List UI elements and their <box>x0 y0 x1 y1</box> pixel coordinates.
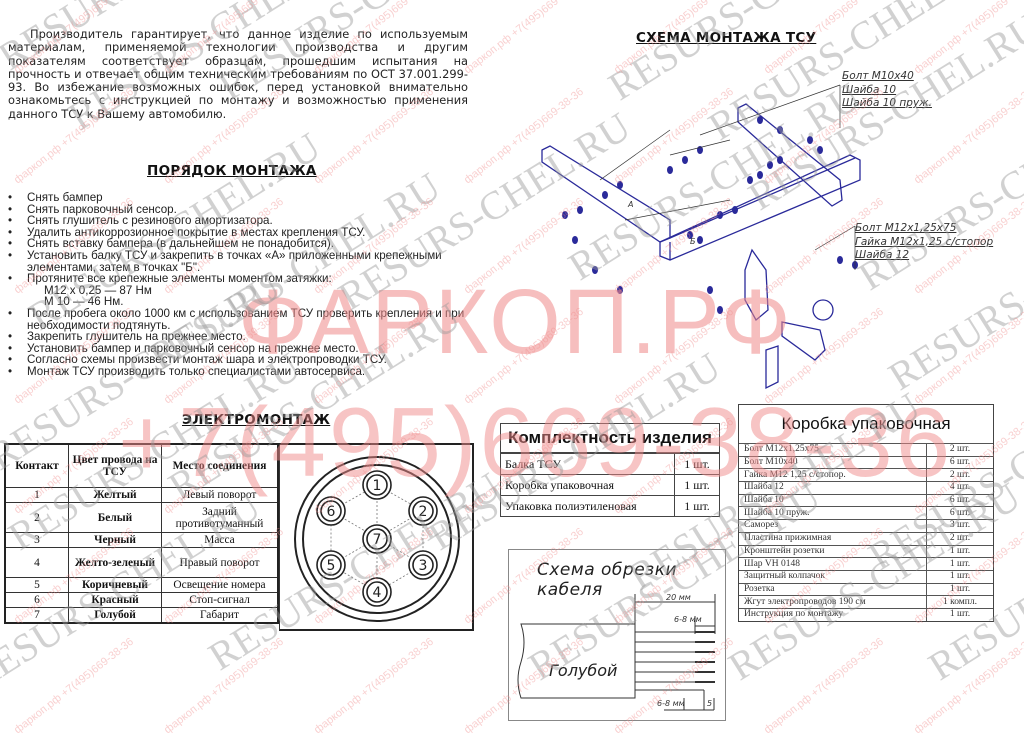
small-watermark: фаркоп.рф +7(495)669-38-36 <box>162 526 286 627</box>
small-watermark: фаркоп.рф +7(495)669-38-36 <box>612 0 736 76</box>
site-watermark: RESURS-CHEL.RU <box>160 293 469 510</box>
small-watermark: фаркоп.рф +7(495)669-38-36 <box>12 306 136 407</box>
small-watermark: фаркоп.рф +7(495)669-38-36 <box>312 416 436 517</box>
small-watermark: фаркоп.рф +7(495)669-38-36 <box>162 416 286 517</box>
small-watermark: фаркоп.рф +7(495)669-38-36 <box>462 0 586 76</box>
small-watermark: фаркоп.рф +7(495)669-38-36 <box>12 636 136 737</box>
small-watermark: фаркоп.рф +7(495)669-38-36 <box>912 0 1024 76</box>
site-watermark: RESURS-CHEL.RU <box>0 483 269 700</box>
small-watermark: фаркоп.рф +7(495)669-38-36 <box>12 416 136 517</box>
site-watermark: RESURS-CHEL.RU <box>560 73 869 290</box>
small-watermark: фаркоп.рф +7(495)669-38-36 <box>162 0 286 76</box>
small-watermark: фаркоп.рф +7(495)669-38-36 <box>762 306 886 407</box>
small-watermark: фаркоп.рф +7(495)669-38-36 <box>462 196 586 297</box>
small-watermark: фаркоп.рф +7(495)669-38-36 <box>312 196 436 297</box>
small-watermark: фаркоп.рф +7(495)669-38-36 <box>762 636 886 737</box>
small-watermark: фаркоп.рф +7(495)669-38-36 <box>612 196 736 297</box>
site-watermark: RESURS-CHEL.RU <box>0 343 309 560</box>
small-watermark: фаркоп.рф +7(495)669-38-36 <box>912 526 1024 627</box>
small-watermark: фаркоп.рф +7(495)669-38-36 <box>462 416 586 517</box>
small-watermark: фаркоп.рф +7(495)669-38-36 <box>312 636 436 737</box>
site-watermark: RESURS-CHEL.RU <box>860 363 1024 580</box>
small-watermark: фаркоп.рф +7(495)669-38-36 <box>762 0 886 76</box>
site-watermark: RESURS-CHEL.RU <box>700 0 1009 150</box>
site-watermark: RESURS-CHEL.RU <box>210 0 519 110</box>
small-watermark: фаркоп.рф +7(495)669-38-36 <box>12 196 136 297</box>
site-watermark: RESURS-CHEL.RU <box>140 163 449 380</box>
brand-watermark: ФАРКОП.РФ <box>238 270 793 375</box>
small-watermark: фаркоп.рф +7(495)669-38-36 <box>462 636 586 737</box>
site-watermark: RESURS-CHEL.RU <box>420 343 729 560</box>
watermark-layer: ФАРКОП.РФ +7(495)669-38-36 RESURS-CHEL.R… <box>0 0 1024 750</box>
small-watermark: фаркоп.рф +7(495)669-38-36 <box>12 526 136 627</box>
small-watermark: фаркоп.рф +7(495)669-38-36 <box>612 526 736 627</box>
small-watermark: фаркоп.рф +7(495)669-38-36 <box>312 0 436 76</box>
site-watermark: RESURS-CHEL.RU <box>20 123 329 340</box>
site-watermark: RESURS-CHEL.RU <box>60 0 369 140</box>
small-watermark: фаркоп.рф +7(495)669-38-36 <box>312 86 436 187</box>
small-watermark: фаркоп.рф +7(495)669-38-36 <box>162 636 286 737</box>
small-watermark: фаркоп.рф +7(495)669-38-36 <box>312 306 436 407</box>
site-watermark: RESURS-CHEL.RU <box>200 463 509 680</box>
small-watermark: фаркоп.рф +7(495)669-38-36 <box>912 416 1024 517</box>
small-watermark: фаркоп.рф +7(495)669-38-36 <box>912 306 1024 407</box>
site-watermark: RESURS-CHEL.RU <box>0 0 299 80</box>
small-watermark: фаркоп.рф +7(495)669-38-36 <box>162 306 286 407</box>
site-watermark: RESURS-CHEL.RU <box>0 263 289 480</box>
site-watermark: RESURS-CHEL.RU <box>720 473 1024 690</box>
small-watermark: фаркоп.рф +7(495)669-38-36 <box>912 86 1024 187</box>
site-watermark: RESURS-CHEL.RU <box>740 3 1024 220</box>
small-watermark: фаркоп.рф +7(495)669-38-36 <box>762 86 886 187</box>
small-watermark: фаркоп.рф +7(495)669-38-36 <box>612 86 736 187</box>
small-watermark: фаркоп.рф +7(495)669-38-36 <box>762 416 886 517</box>
small-watermark: фаркоп.рф +7(495)669-38-36 <box>912 196 1024 297</box>
small-watermark: фаркоп.рф +7(495)669-38-36 <box>762 196 886 297</box>
site-watermark: RESURS-CHEL.RU <box>880 183 1024 400</box>
small-watermark: фаркоп.рф +7(495)669-38-36 <box>12 0 136 76</box>
small-watermark: фаркоп.рф +7(495)669-38-36 <box>612 636 736 737</box>
phone-watermark: +7(495)669-38-36 <box>118 386 953 499</box>
small-watermark: фаркоп.рф +7(495)669-38-36 <box>462 86 586 187</box>
small-watermark: фаркоп.рф +7(495)669-38-36 <box>162 196 286 297</box>
small-watermark: фаркоп.рф +7(495)669-38-36 <box>162 86 286 187</box>
site-watermark: RESURS-CHEL.RU <box>850 83 1024 300</box>
small-watermark: фаркоп.рф +7(495)669-38-36 <box>912 636 1024 737</box>
small-watermark: фаркоп.рф +7(495)669-38-36 <box>312 526 436 627</box>
site-watermark: RESURS-CHEL.RU <box>330 103 639 320</box>
small-watermark: фаркоп.рф +7(495)669-38-36 <box>762 526 886 627</box>
site-watermark: RESURS-CHEL.RU <box>600 0 909 110</box>
small-watermark: фаркоп.рф +7(495)669-38-36 <box>612 416 736 517</box>
site-watermark: RESURS-CHEL.RU <box>520 473 829 690</box>
site-watermark: RESURS-CHEL.RU <box>620 383 929 600</box>
site-watermark: RESURS-CHEL.RU <box>920 473 1024 690</box>
small-watermark: фаркоп.рф +7(495)669-38-36 <box>612 306 736 407</box>
small-watermark: фаркоп.рф +7(495)669-38-36 <box>12 86 136 187</box>
small-watermark: фаркоп.рф +7(495)669-38-36 <box>462 306 586 407</box>
small-watermark: фаркоп.рф +7(495)669-38-36 <box>462 526 586 627</box>
